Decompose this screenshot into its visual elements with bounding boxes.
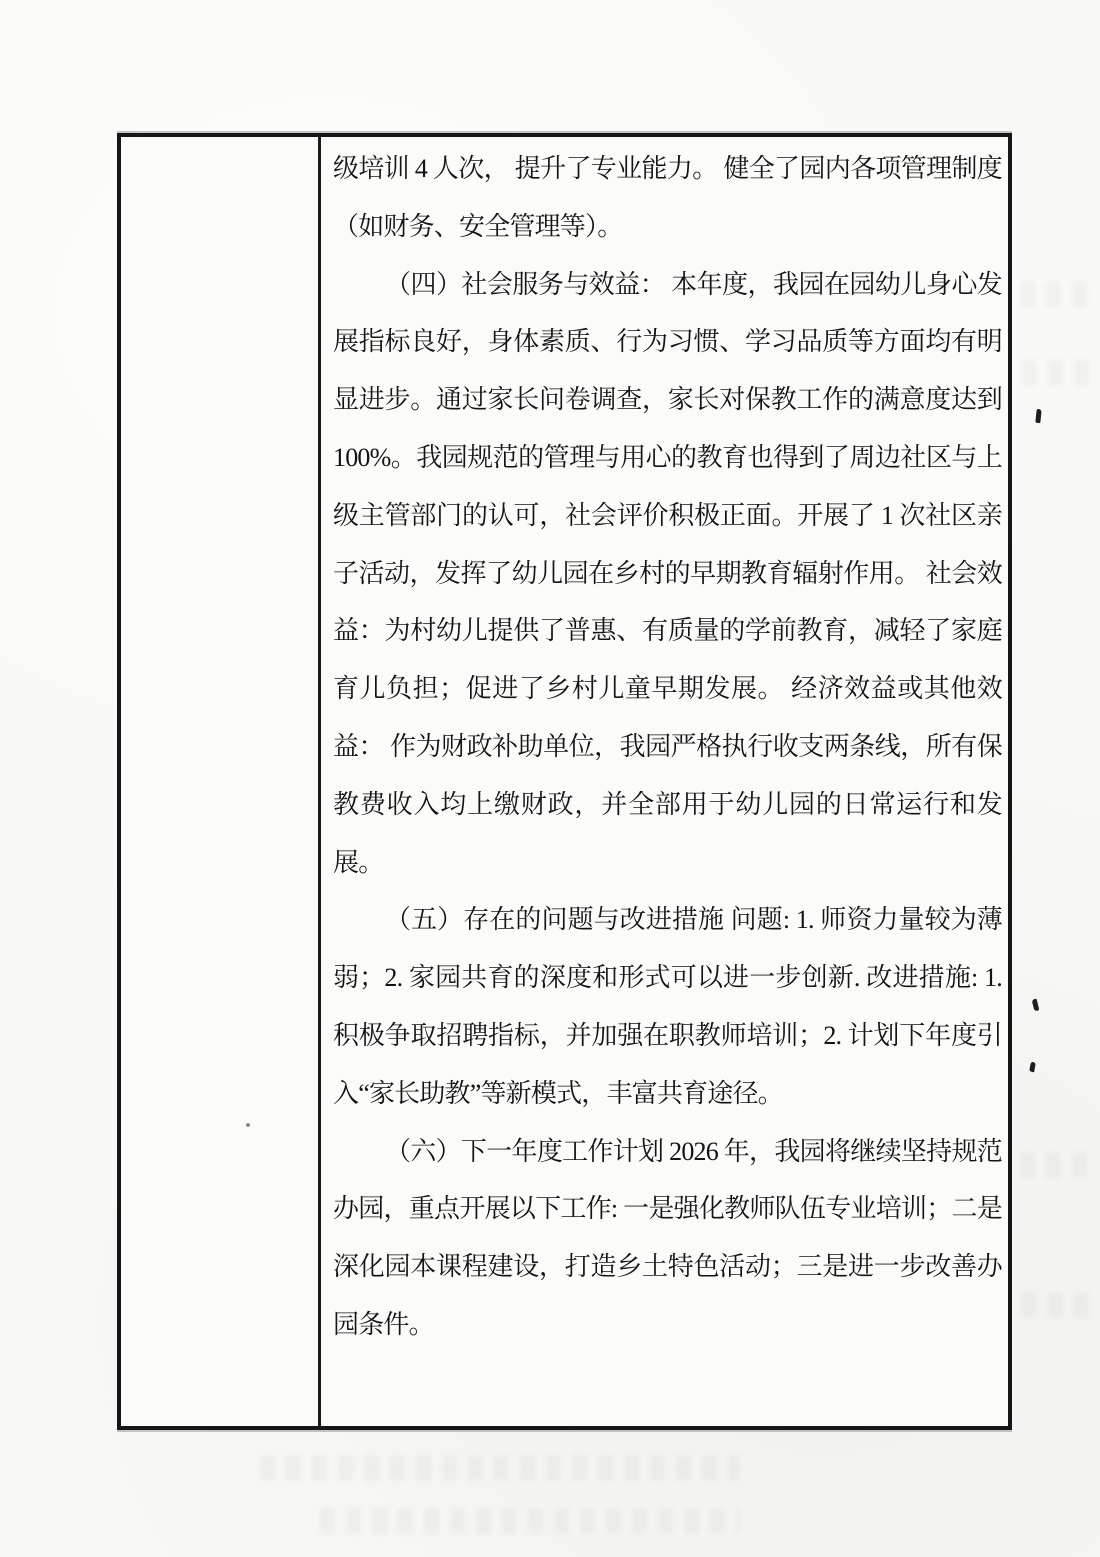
paragraph-section-4: （四）社会服务与效益： 本年度，我园在园幼儿身心发展指标良好，身体素质、行为习惯… — [333, 256, 1002, 892]
bleedthrough-artifact — [260, 1455, 740, 1481]
ink-mark — [1035, 409, 1041, 423]
report-table: 级培训 4 人次， 提升了专业能力。 健全了园内各项管理制度（如财务、安全管理等… — [117, 133, 1012, 1430]
ink-mark — [1029, 1062, 1036, 1073]
paragraph-continuation: 级培训 4 人次， 提升了专业能力。 健全了园内各项管理制度（如财务、安全管理等… — [333, 140, 1002, 256]
bleedthrough-artifact — [1020, 282, 1090, 308]
paragraph-section-5: （五）存在的问题与改进措施 问题: 1. 师资力量较为薄弱；2. 家园共育的深度… — [333, 891, 1002, 1122]
table-label-column — [121, 137, 318, 1426]
ink-dot — [246, 1123, 250, 1127]
scanned-document-page: 级培训 4 人次， 提升了专业能力。 健全了园内各项管理制度（如财务、安全管理等… — [0, 0, 1100, 1557]
ink-mark — [1032, 999, 1040, 1012]
bleedthrough-artifact — [320, 1508, 740, 1534]
paragraph-section-6: （六）下一年度工作计划 2026 年，我园将继续坚持规范办园，重点开展以下工作:… — [333, 1123, 1002, 1354]
bleedthrough-artifact — [1022, 1292, 1094, 1318]
table-content-cell: 级培训 4 人次， 提升了专业能力。 健全了园内各项管理制度（如财务、安全管理等… — [318, 137, 1008, 1426]
bleedthrough-artifact — [1020, 1152, 1090, 1178]
bleedthrough-artifact — [1022, 360, 1094, 386]
